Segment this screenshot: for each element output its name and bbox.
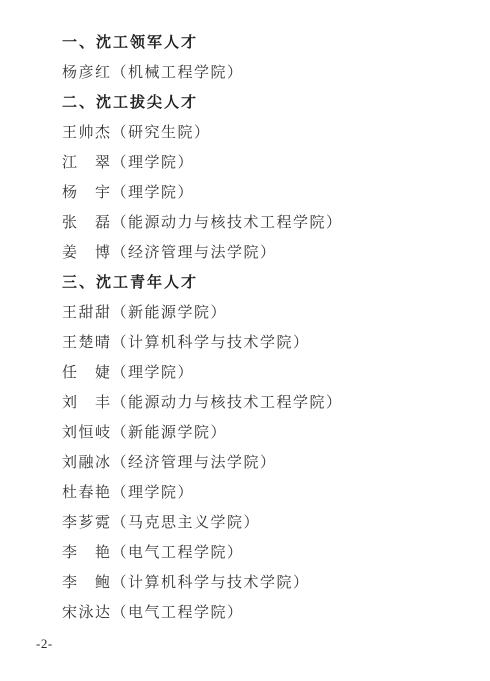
talent-entry: 刘恒岐（新能源学院） <box>62 416 470 446</box>
talent-entry: 姜 博（经济管理与法学院） <box>62 236 470 266</box>
talent-entry: 王帅杰（研究生院） <box>62 116 470 146</box>
talent-entry: 张 磊（能源动力与核技术工程学院） <box>62 206 470 236</box>
section-heading: 一、沈工领军人才 <box>62 26 470 56</box>
section-heading: 三、沈工青年人才 <box>62 266 470 296</box>
talent-entry: 杜春艳（理学院） <box>62 476 470 506</box>
talent-entry: 李 艳（电气工程学院） <box>62 536 470 566</box>
talent-entry: 任 婕（理学院） <box>62 356 470 386</box>
talent-entry: 杨彦红（机械工程学院） <box>62 56 470 86</box>
talent-entry: 杨 宇（理学院） <box>62 176 470 206</box>
talent-entry: 王甜甜（新能源学院） <box>62 296 470 326</box>
document-page: 一、沈工领军人才杨彦红（机械工程学院）二、沈工拔尖人才王帅杰（研究生院）江 翠（… <box>0 0 490 681</box>
talent-entry: 王楚晴（计算机科学与技术学院） <box>62 326 470 356</box>
talent-entry: 李 鲍（计算机科学与技术学院） <box>62 566 470 596</box>
talent-list: 一、沈工领军人才杨彦红（机械工程学院）二、沈工拔尖人才王帅杰（研究生院）江 翠（… <box>62 26 470 626</box>
section-heading: 二、沈工拔尖人才 <box>62 86 470 116</box>
talent-entry: 江 翠（理学院） <box>62 146 470 176</box>
page-number: -2- <box>36 636 53 652</box>
talent-entry: 刘 丰（能源动力与核技术工程学院） <box>62 386 470 416</box>
talent-entry: 刘融冰（经济管理与法学院） <box>62 446 470 476</box>
talent-entry: 李芗霓（马克思主义学院） <box>62 506 470 536</box>
talent-entry: 宋泳达（电气工程学院） <box>62 596 470 626</box>
